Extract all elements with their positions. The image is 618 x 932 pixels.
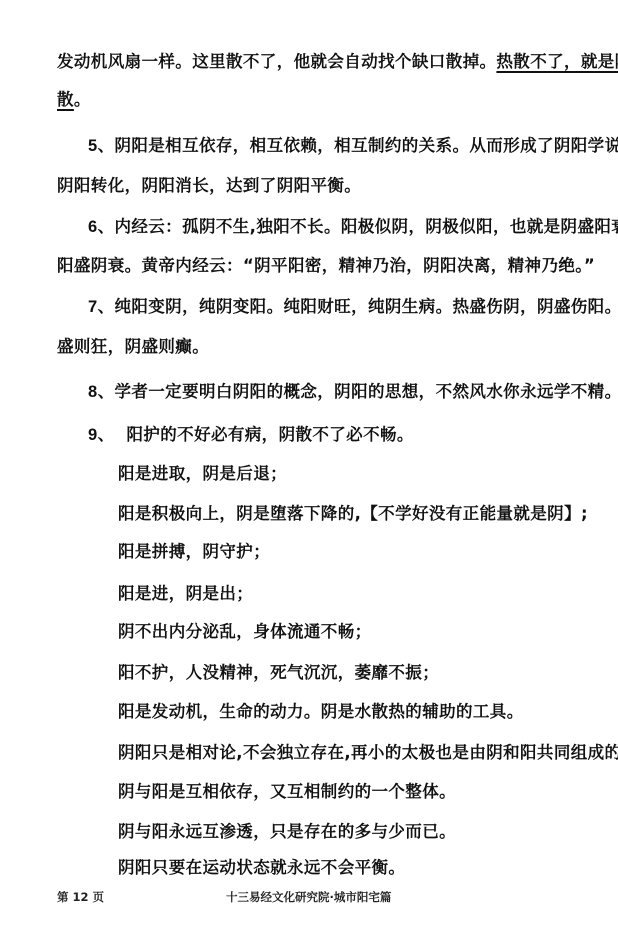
text: 发动机风扇一样。这里散不了，他就会自动找个缺口散掉。 xyxy=(57,52,496,71)
list-item-7: 7、纯阳变阴，纯阴变阳。纯阳财旺，纯阴生病。热盛伤阴，阴盛伤阳。阳 xyxy=(88,297,618,317)
sub-item: 阳是进取，阴是后退； xyxy=(118,464,287,484)
sub-item: 阴阳只是相对论,不会独立存在,再小的太极也是由阴和阳共同组成的。 xyxy=(118,743,618,763)
list-item-5-cont: 阴阳转化，阴阳消长，达到了阴阳平衡。 xyxy=(57,176,361,196)
item-number: 5、 xyxy=(88,137,114,155)
page-number: 第 12 页 xyxy=(57,889,104,905)
item-text: 学者一定要明白阴阳的概念，阴阳的思想，不然风水你永远学不精。 xyxy=(114,382,618,401)
sub-item: 阳是进，阴是出； xyxy=(118,584,253,604)
sub-item: 阴与阳是互相依存，又互相制约的一个整体。 xyxy=(118,782,456,802)
sub-item: 阴阳只要在运动状态就永远不会平衡。 xyxy=(118,858,405,878)
sub-item: 阳是积极向上，阴是堕落下降的,【不学好没有正能量就是阴】; xyxy=(118,504,588,524)
list-item-5: 5、阴阳是相互依存，相互依赖，相互制约的关系。从而形成了阴阳学说， xyxy=(88,136,618,156)
sub-item: 阴不出内分泌乱，身体流通不畅； xyxy=(118,622,372,642)
list-item-6-cont: 阳盛阴衰。黄帝内经云：“阴平阳密，精神乃治，阴阳决离，精神乃绝。” xyxy=(57,256,595,276)
list-item-9: 9、阳护的不好必有病，阴散不了必不畅。 xyxy=(88,425,414,445)
sub-item: 阳是发动机，生命的动力。阴是水散热的辅助的工具。 xyxy=(118,702,524,722)
item-text: 内经云：孤阴不生,独阳不长。阳极似阴，阴极似阳，也就是阴盛阳衰， xyxy=(114,217,618,236)
footer-title: 十三易经文化研究院·城市阳宅篇 xyxy=(226,889,391,905)
item-text: 阳护的不好必有病，阴散不了必不畅。 xyxy=(126,425,413,444)
sub-item: 阴与阳永远互渗透，只是存在的多与少而已。 xyxy=(118,822,456,842)
document-page: 发动机风扇一样。这里散不了，他就会自动找个缺口散掉。热散不了，就是阴不 散。 5… xyxy=(0,0,618,932)
list-item-7-cont: 盛则狂，阴盛则癫。 xyxy=(57,337,209,357)
item-number: 9、 xyxy=(88,426,114,444)
text: 。 xyxy=(74,90,91,109)
list-item-6: 6、内经云：孤阴不生,独阳不长。阳极似阴，阴极似阳，也就是阴盛阳衰， xyxy=(88,217,618,237)
item-text: 纯阳变阴，纯阴变阳。纯阳财旺，纯阴生病。热盛伤阴，阴盛伤阳。阳 xyxy=(114,297,618,316)
underlined-text: 热散不了，就是阴不 xyxy=(496,52,618,71)
paragraph-line: 发动机风扇一样。这里散不了，他就会自动找个缺口散掉。热散不了，就是阴不 xyxy=(57,52,618,72)
sub-item: 阳是拼搏，阴守护； xyxy=(118,542,270,562)
item-number: 6、 xyxy=(88,218,114,236)
underlined-text: 散 xyxy=(57,90,74,109)
item-number: 7、 xyxy=(88,298,114,316)
sub-item: 阳不护，人没精神，死气沉沉，萎靡不振； xyxy=(118,663,439,683)
item-number: 8、 xyxy=(88,383,114,401)
paragraph-line: 散。 xyxy=(57,90,91,110)
item-text: 阴阳是相互依存，相互依赖，相互制约的关系。从而形成了阴阳学说， xyxy=(114,136,618,155)
list-item-8: 8、学者一定要明白阴阳的概念，阴阳的思想，不然风水你永远学不精。 xyxy=(88,382,618,402)
